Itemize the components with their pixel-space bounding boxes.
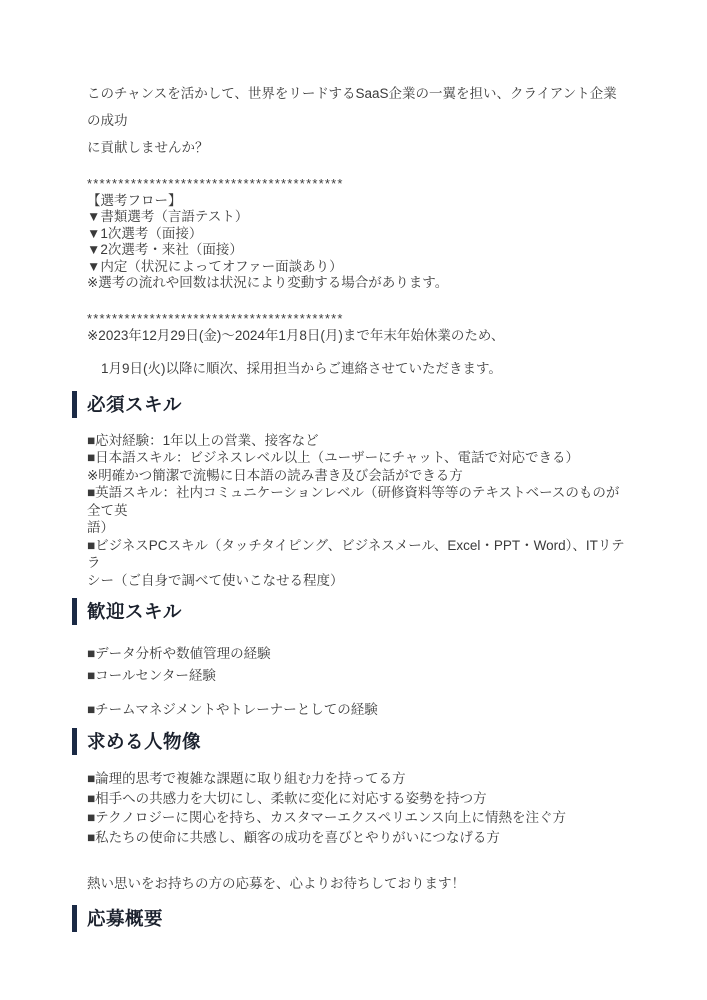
ideal-candidate-item: ■相手への共感力を大切にし、柔軟に変化に対応する姿勢を持つ方 [87, 789, 625, 809]
heading-accent-bar [72, 728, 77, 755]
ideal-candidate-item: ■私たちの使命に共感し、顧客の成功を喜びとやりがいにつなげる方 [87, 828, 625, 848]
ideal-candidate-heading-label: 求める人物像 [87, 728, 201, 755]
closing-message: 熱い思いをお持ちの方の応募を、心よりお待ちしております！ [87, 875, 625, 892]
welcome-skills-heading: 歓迎スキル [72, 598, 625, 625]
selection-flow-step: ▼内定（状況によってオファー面談あり） [87, 259, 625, 276]
required-skills-list: ■応対経験：1年以上の営業、接客など ■日本語スキル：ビジネスレベル以上（ユーザ… [87, 432, 625, 590]
heading-accent-bar [72, 905, 77, 932]
ideal-candidate-item: ■論理的思考で複雑な課題に取り組む力を持ってる方 [87, 769, 625, 789]
required-skills-heading: 必須スキル [72, 391, 625, 418]
intro-line-2: に貢献しませんか？ [87, 134, 625, 161]
welcome-skills-item: ■チームマネジメントやトレーナーとしての経験 [87, 699, 625, 721]
selection-flow-section: 【選考フロー】 ▼書類選考（言語テスト） ▼1次選考（面接） ▼2次選考・来社（… [87, 192, 625, 292]
required-skills-item: ※明確かつ簡潔で流暢に日本語の読み書き及び会話ができる方 [87, 467, 625, 485]
holiday-notice: ※2023年12月29日(金)～2024年1月8日(月)まで年末年始休業のため、… [87, 327, 625, 377]
application-overview-heading: 応募概要 [72, 905, 625, 932]
selection-flow-step: ▼2次選考・来社（面接） [87, 242, 625, 259]
welcome-skills-item: ■コールセンター経験 [87, 665, 625, 687]
asterisk-divider: ****************************************… [87, 175, 625, 192]
intro-line-1: このチャンスを活かして、世界をリードするSaaS企業の一翼を担い、クライアント企… [87, 80, 625, 134]
intro-paragraph: このチャンスを活かして、世界をリードするSaaS企業の一翼を担い、クライアント企… [87, 80, 625, 161]
welcome-skills-heading-label: 歓迎スキル [87, 598, 182, 625]
required-skills-item: ■ビジネスPCスキル（タッチタイピング、ビジネスメール、Excel・PPT・Wo… [87, 537, 625, 572]
application-overview-heading-label: 応募概要 [87, 905, 163, 932]
selection-flow-step: ▼1次選考（面接） [87, 226, 625, 243]
required-skills-item: シー（ご自身で調べて使いこなせる程度） [87, 572, 625, 590]
required-skills-item: 語） [87, 519, 625, 537]
selection-flow-title: 【選考フロー】 [87, 192, 625, 209]
required-skills-item: ■応対経験：1年以上の営業、接客など [87, 432, 625, 450]
required-skills-item: ■英語スキル：社内コミュニケーションレベル（研修資料等等のテキストベースのものが… [87, 484, 625, 519]
ideal-candidate-list: ■論理的思考で複雑な課題に取り組む力を持ってる方 ■相手への共感力を大切にし、柔… [87, 769, 625, 847]
heading-accent-bar [72, 391, 77, 418]
document-page: このチャンスを活かして、世界をリードするSaaS企業の一翼を担い、クライアント企… [0, 0, 707, 1000]
required-skills-item: ■日本語スキル：ビジネスレベル以上（ユーザーにチャット、電話で対応できる） [87, 449, 625, 467]
welcome-skills-list: ■データ分析や数値管理の経験 ■コールセンター経験 ■チームマネジメントやトレー… [87, 643, 625, 721]
selection-flow-step: ▼書類選考（言語テスト） [87, 209, 625, 226]
holiday-notice-line-2: 1月9日(火)以降に順次、採用担当からご連絡させていただきます。 [101, 360, 625, 377]
asterisk-divider: ****************************************… [87, 310, 625, 327]
ideal-candidate-item: ■テクノロジーに関心を持ち、カスタマーエクスペリエンス向上に情熱を注ぐ方 [87, 808, 625, 828]
welcome-skills-item: ■データ分析や数値管理の経験 [87, 643, 625, 665]
holiday-notice-line-1: ※2023年12月29日(金)～2024年1月8日(月)まで年末年始休業のため、 [87, 327, 625, 344]
required-skills-heading-label: 必須スキル [87, 391, 182, 418]
heading-accent-bar [72, 598, 77, 625]
selection-flow-note: ※選考の流れや回数は状況により変動する場合があります。 [87, 275, 625, 292]
ideal-candidate-heading: 求める人物像 [72, 728, 625, 755]
